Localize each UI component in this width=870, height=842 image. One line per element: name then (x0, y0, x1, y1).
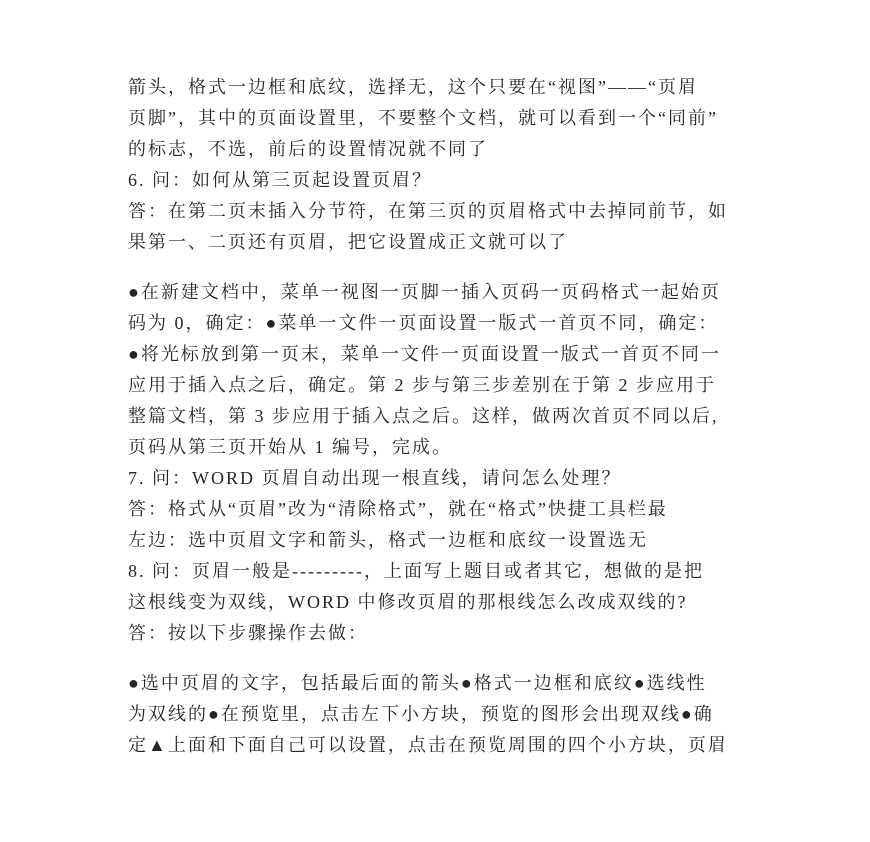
doc-line-question-6: 6. 问：如何从第三页起设置页眉？ (128, 165, 756, 196)
doc-line: 左边：选中页眉文字和箭头，格式一边框和底纹一设置选无 (128, 525, 756, 556)
doc-line: 的标志，不选，前后的设置情况就不同了 (128, 134, 756, 165)
doc-line-bullet: ●选中页眉的文字，包括最后面的箭头●格式一边框和底纹●选线性 (128, 668, 756, 699)
doc-line-bullet: ●将光标放到第一页末，菜单一文件一页面设置一版式一首页不同一 (128, 339, 756, 370)
doc-line: 页脚”，其中的页面设置里，不要整个文档，就可以看到一个“同前” (128, 103, 756, 134)
doc-line: 答：在第二页末插入分节符，在第三页的页眉格式中去掉同前节，如 (128, 196, 756, 227)
doc-line: 定▲上面和下面自己可以设置，点击在预览周围的四个小方块，页眉 (128, 730, 756, 761)
doc-line: 为双线的●在预览里，点击左下小方块，预览的图形会出现双线●确 (128, 699, 756, 730)
doc-line: 页码从第三页开始从 1 编号，完成。 (128, 432, 756, 463)
doc-blank-line (128, 649, 756, 668)
doc-line: 答：按以下步骤操作去做： (128, 618, 756, 649)
doc-blank-line (128, 258, 756, 277)
doc-line: 这根线变为双线，WORD 中修改页眉的那根线怎么改成双线的? (128, 587, 756, 618)
doc-line: 应用于插入点之后，确定。第 2 步与第三步差别在于第 2 步应用于 (128, 370, 756, 401)
doc-line: 箭头，格式一边框和底纹，选择无，这个只要在“视图”——“页眉 (128, 72, 756, 103)
doc-line-question-7: 7. 问：WORD 页眉自动出现一根直线，请问怎么处理？ (128, 463, 756, 494)
doc-line: 果第一、二页还有页眉，把它设置成正文就可以了 (128, 227, 756, 258)
doc-line-question-8: 8. 问：页眉一般是---------，上面写上题目或者其它，想做的是把 (128, 556, 756, 587)
document-page: 箭头，格式一边框和底纹，选择无，这个只要在“视图”——“页眉 页脚”，其中的页面… (128, 72, 756, 761)
doc-line: 答：格式从“页眉”改为“清除格式”，就在“格式”快捷工具栏最 (128, 494, 756, 525)
document-screenshot: 箭头，格式一边框和底纹，选择无，这个只要在“视图”——“页眉 页脚”，其中的页面… (0, 0, 870, 842)
doc-line-bullet: ●在新建文档中，菜单一视图一页脚一插入页码一页码格式一起始页 (128, 277, 756, 308)
doc-line: 码为 0，确定：●菜单一文件一页面设置一版式一首页不同，确定： (128, 308, 756, 339)
doc-line: 整篇文档，第 3 步应用于插入点之后。这样，做两次首页不同以后, (128, 401, 756, 432)
